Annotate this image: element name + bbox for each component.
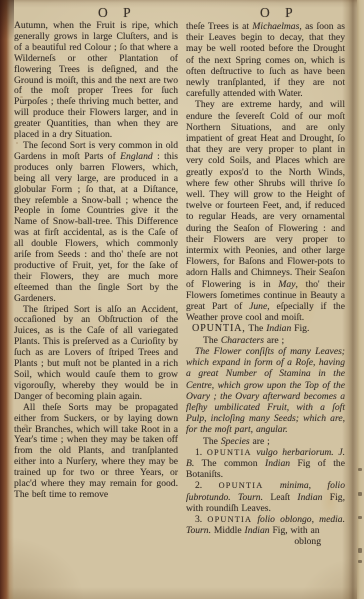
text-run: All theſe Sorts may be propagated either… [14, 402, 178, 500]
paragraph-characters-description: The Flower conſiſts of many Leaves; whic… [186, 346, 345, 436]
book-binding-edge [0, 0, 14, 599]
next-page-text-fragment [358, 560, 362, 563]
next-page-text-fragment [358, 548, 362, 553]
text-run: The [203, 335, 221, 346]
species-entry-3: 3. OPUNTIA folio oblongo, media. Tourn. … [186, 514, 345, 536]
next-page-text-fragment [358, 468, 362, 471]
text-run: : this produces only barren Flowers, whi… [14, 151, 178, 304]
paragraph-propagation: All theſe Sorts may be propagated either… [14, 403, 178, 501]
foxing-speck [24, 424, 27, 427]
paragraph-second-sort: The ſecond Sort is very common in old Ga… [14, 141, 178, 305]
running-head-right: O P [260, 5, 299, 21]
text-run: Indian [266, 323, 291, 334]
text-run: Middle [211, 525, 245, 536]
text-run: OPUNTIA [219, 481, 264, 490]
text-run: The [246, 323, 267, 334]
text-run: 1. [195, 447, 207, 458]
text-run: Fig. [291, 323, 309, 334]
next-page-text-fragment [358, 492, 362, 496]
text-run: They are extreme hardy, and will endure … [186, 99, 345, 289]
text-run: Autumn, when the Fruit is ripe, which ge… [14, 20, 178, 140]
paragraph-striped-sort: The ſtriped Sort is alſo an Accident, oc… [14, 305, 178, 403]
text-run: England [120, 151, 153, 162]
foxing-speck [186, 470, 188, 472]
text-run: are ; [264, 335, 284, 346]
paragraph-transplanting: theſe Trees is at Michaelmas, as ſoon as… [186, 21, 345, 99]
text-run [263, 480, 279, 491]
text-run: OPUNTIA, [192, 323, 246, 334]
text-run: theſe Trees is at [186, 21, 252, 32]
species-entry-1: 1. OPUNTIA vulgo herbariorum. J. B. The … [186, 447, 345, 481]
foxing-speck [16, 142, 18, 144]
text-run: May [278, 279, 295, 290]
text-run: Characters [221, 335, 264, 346]
foxing-speck [20, 96, 23, 98]
text-run: oblong [294, 536, 321, 547]
catchword: oblong [186, 536, 345, 547]
page-fold-shadow [342, 0, 358, 599]
text-run: are ; [250, 436, 270, 447]
text-run: OPUNTIA [207, 448, 252, 457]
paragraph-hardiness: They are extreme hardy, and will endure … [186, 99, 345, 323]
text-run: Indian [265, 458, 290, 469]
text-run: Michaelmas [252, 21, 299, 32]
text-run: The Flower conſiſts of many Leaves; whic… [186, 346, 345, 435]
entry-heading-opuntia: OPUNTIA, The Indian Fig. [186, 323, 345, 334]
right-text-column: theſe Trees is at Michaelmas, as ſoon as… [186, 21, 345, 548]
left-text-column: Autumn, when the Fruit is ripe, which ge… [14, 21, 178, 501]
next-page-sliver [357, 0, 364, 599]
text-run: The ſtriped Sort is alſo an Accident, oc… [14, 304, 178, 402]
text-run: The [203, 436, 221, 447]
text-run: 2. [195, 480, 219, 491]
text-run: The common [194, 458, 265, 469]
text-run: June [249, 301, 267, 312]
paragraph-species-label: The Species are ; [186, 436, 345, 447]
paragraph-opulus-autumn: Autumn, when the Fruit is ripe, which ge… [14, 21, 178, 141]
text-run: Species [221, 436, 250, 447]
text-run: 3. [195, 514, 207, 525]
text-run: Indian [297, 492, 322, 503]
running-head-left: O P [98, 5, 137, 21]
text-run: Fig, with an [270, 525, 320, 536]
text-run: OPUNTIA [207, 515, 252, 524]
next-page-text-fragment [358, 516, 362, 519]
book-page-scan: O P O P Autumn, when the Fruit is ripe, … [0, 0, 364, 599]
text-run: Indian [245, 525, 270, 536]
species-entry-2: 2. OPUNTIA minima, folio ſubrotundo. Tou… [186, 480, 345, 514]
paragraph-characters-label: The Characters are ; [186, 335, 345, 346]
text-run: Leaſt [263, 492, 297, 503]
text-run: , as ſoon as their Leaves begin to decay… [186, 21, 345, 99]
